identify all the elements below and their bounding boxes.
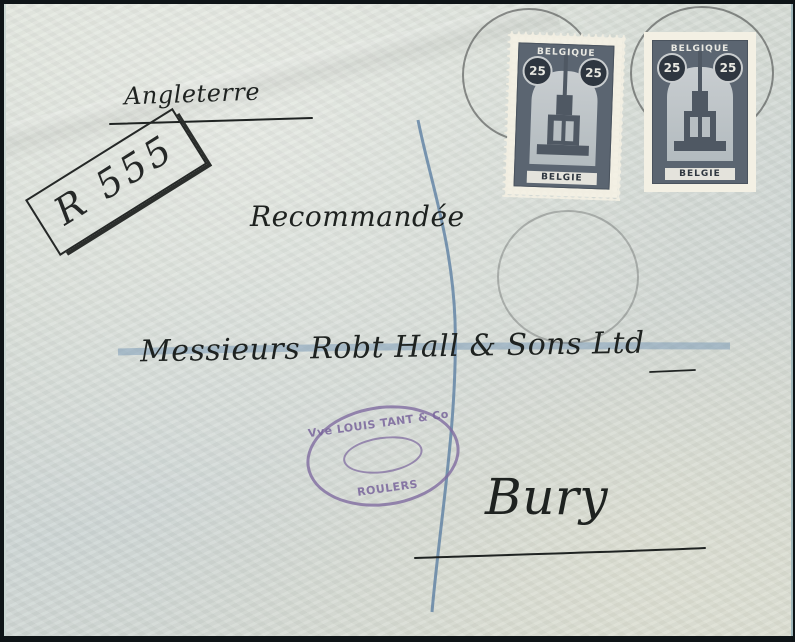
postage-stamp: BELGIQUE 25 25 BELGIE xyxy=(644,32,756,192)
stamp-value-right: 25 xyxy=(713,53,743,83)
blue-crayon-vertical-line xyxy=(418,120,455,612)
postmark-circle-3 xyxy=(497,210,639,344)
stamp-country-bottom: BELGIE xyxy=(665,168,735,180)
registered-mark: Recommandée xyxy=(250,200,465,233)
destination-city: Bury xyxy=(485,468,608,526)
postage-stamp: BELGIQUE 25 25 BELGIE xyxy=(505,34,623,198)
cachet-inner-oval xyxy=(341,432,425,479)
stamp-value-right: 25 xyxy=(578,57,609,88)
underline-ltd xyxy=(650,370,695,372)
stamp-value-left: 25 xyxy=(657,53,687,83)
stamp-country-bottom: BELGIE xyxy=(527,171,597,185)
destination-country: Angleterre xyxy=(124,78,261,111)
underline-city xyxy=(415,548,705,558)
underline-destination xyxy=(110,118,312,124)
